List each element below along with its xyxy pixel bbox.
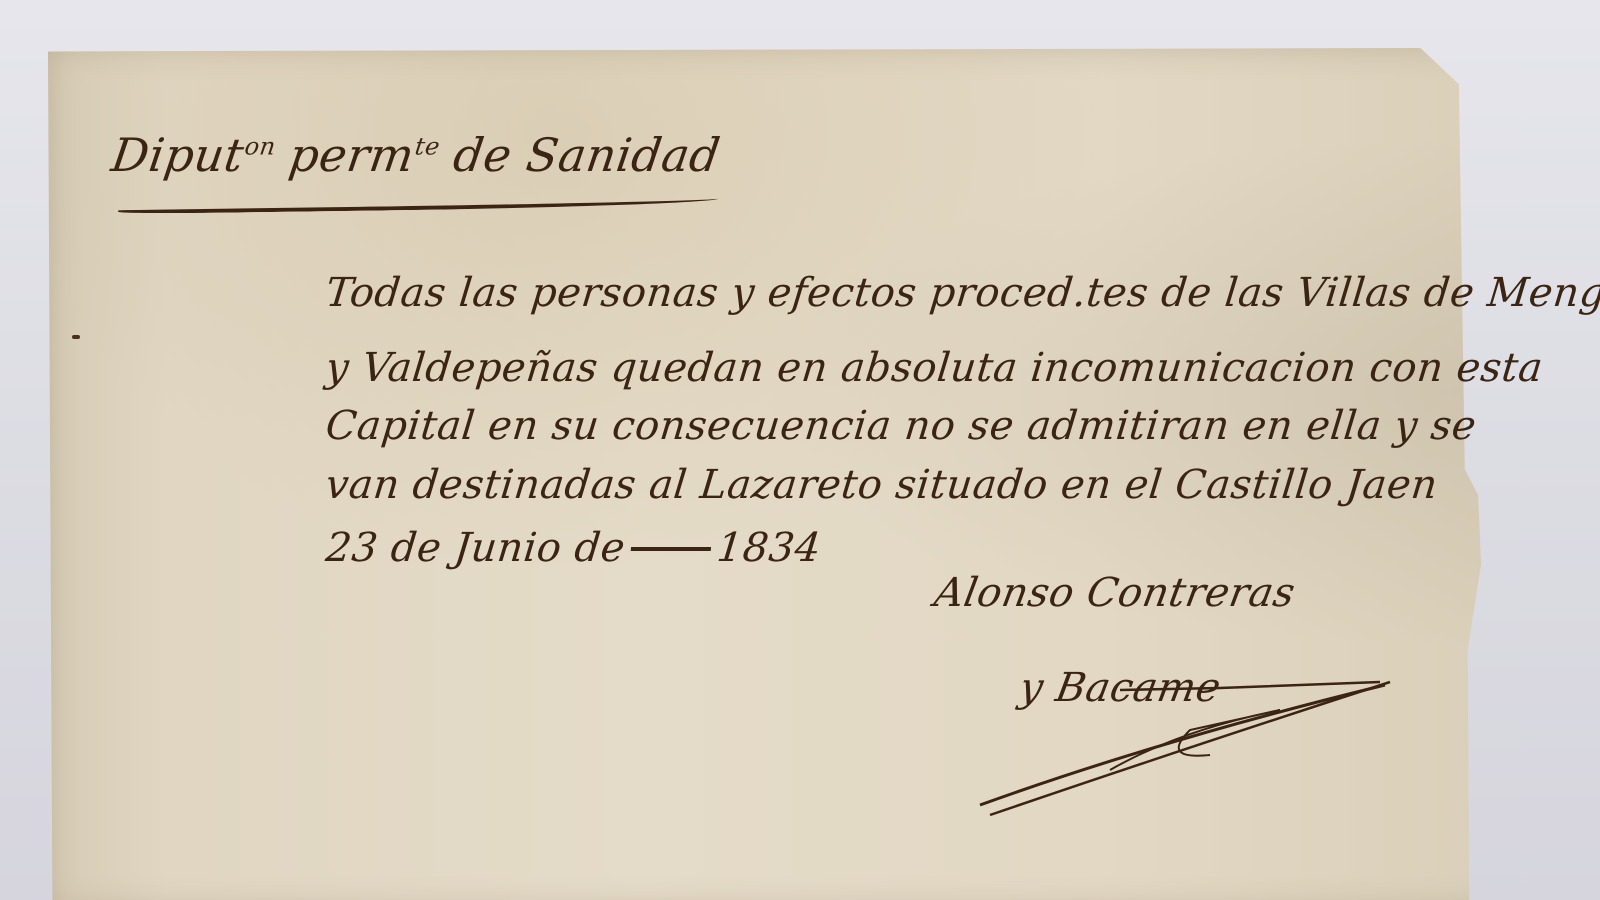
date-joiner-2: de bbox=[572, 525, 627, 571]
ink-blot bbox=[72, 335, 80, 339]
date-year: 1834 bbox=[715, 525, 824, 571]
signature-name: Alonso Contreras bbox=[931, 570, 1299, 616]
body-line-1: Todas las personas y efectos proced.tes … bbox=[324, 270, 1600, 316]
document-date: 23 de Junio de1834 bbox=[324, 525, 824, 571]
heading-prefix-sup: on bbox=[243, 133, 278, 161]
heading-suffix: de Sanidad bbox=[435, 128, 724, 182]
heading-prefix: Diput bbox=[108, 128, 247, 182]
document-heading: Diputon permte de Sanidad bbox=[108, 128, 723, 182]
signature-flourish-icon bbox=[960, 670, 1420, 830]
date-month: Junio bbox=[452, 525, 564, 571]
date-day: 23 bbox=[324, 525, 381, 571]
body-line-2: y Valdepeñas quedan en absoluta incomuni… bbox=[324, 345, 1546, 391]
date-flourish bbox=[631, 547, 711, 551]
body-line-3: Capital en su consecuencia no se admitir… bbox=[324, 403, 1479, 449]
date-joiner: de bbox=[389, 525, 444, 571]
body-line-4: van destinadas al Lazareto situado en el… bbox=[324, 462, 1440, 508]
heading-middle: perm bbox=[271, 128, 418, 182]
